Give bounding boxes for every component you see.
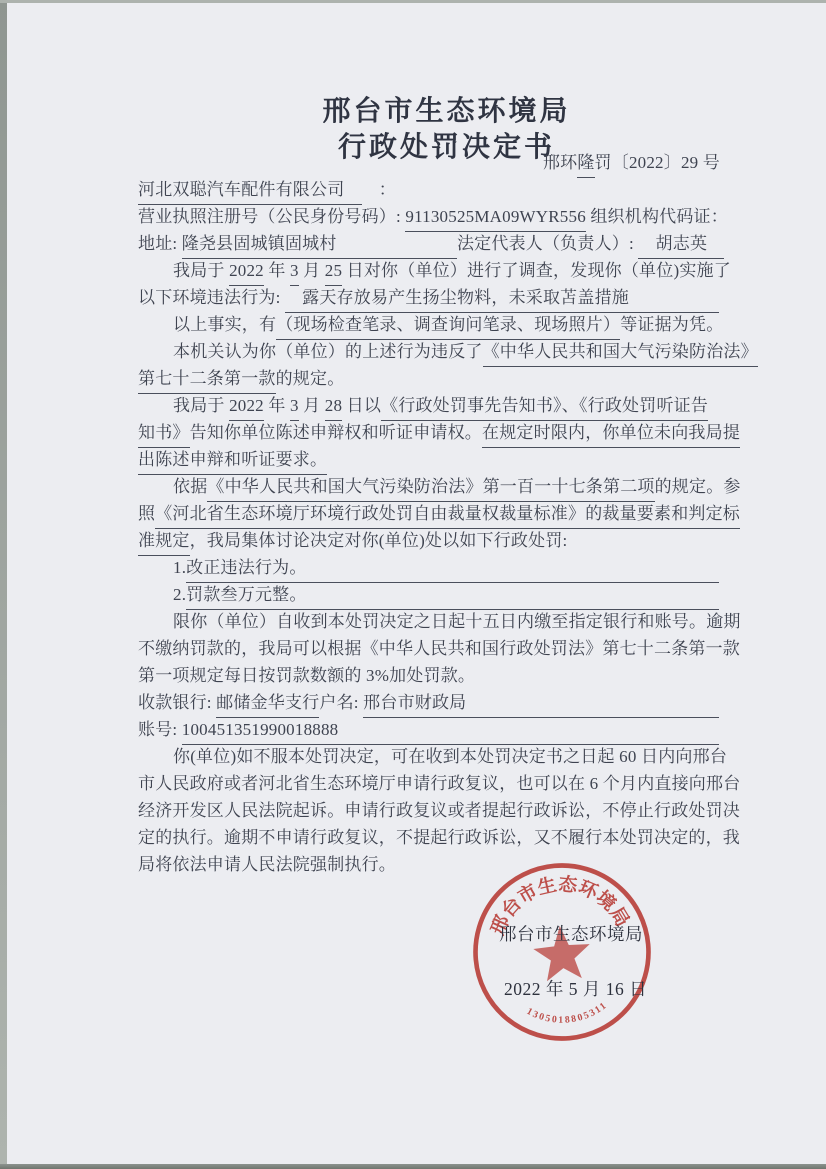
- filled-in-text: 知书》: [138, 420, 190, 448]
- filled-in-text: 100451351990018888: [182, 717, 339, 745]
- document-line: 邢环隆罚〔2022〕29 号: [138, 150, 755, 177]
- document-line: 出陈述申辩和听证要求。: [138, 447, 755, 474]
- blank-underline: [629, 285, 719, 313]
- document-line: 1.改正违法行为。: [138, 555, 755, 582]
- printed-text: 市人民政府或者河北省生态环境厅申请行政复议，也可以在 6 个月内直接向邢台: [138, 771, 740, 798]
- printed-text: 我局于: [173, 258, 229, 285]
- filled-in-text: 出陈述申辩和听证要求。: [138, 447, 327, 475]
- filled-in-text: 28: [325, 393, 342, 421]
- printed-text: 不缴纳罚款的，我局可以根据《中华人民共和国行政处罚法》第七十二条第一款: [138, 636, 740, 663]
- document-line: 定的执行。逾期不申请行政复议，不提起行政诉讼，又不履行本处罚决定的，我: [138, 825, 755, 852]
- printed-text: 以下环境违法行为:: [138, 285, 285, 312]
- printed-text: 日对你（单位）进行了调查，发现你（单位)实施了: [342, 258, 731, 285]
- printed-text: 等证据为凭。: [620, 312, 723, 339]
- filled-in-text: 改正违法行为。: [186, 555, 306, 583]
- printed-text: 限你（单位）自收到本处罚决定之日起十五日内缴至指定银行和账号。逾期: [173, 609, 741, 636]
- printed-text: 以上事实，有: [173, 312, 276, 339]
- filled-in-text: 准规定: [138, 528, 190, 556]
- filled-in-text: 隆: [577, 150, 594, 178]
- printed-text: 账号:: [138, 717, 182, 744]
- printed-text: 法定代表人（负责人）:: [457, 231, 638, 258]
- printed-text: 经济开发区人民法院起诉。申请行政复议或者提起行政诉讼，不停止行政处罚决: [138, 798, 740, 825]
- printed-text: 月: [299, 393, 325, 420]
- document-line: 限你（单位）自收到本处罚决定之日起十五日内缴至指定银行和账号。逾期: [138, 609, 755, 636]
- filled-in-text: 3: [290, 258, 299, 286]
- document-line: 你(单位)如不服本处罚决定，可在收到本处罚决定书之日起 60 日内向邢台: [138, 744, 755, 771]
- document-page: 邢台市生态环境局 行政处罚决定书 邢环隆罚〔2022〕29 号河北双聪汽车配件有…: [7, 2, 826, 1164]
- document-line: 依据《中华人民共和国大气污染防治法》第一百一十七条第二项的规定。参: [138, 474, 755, 501]
- printed-text: 第一项规定每日按罚款数额的 3%加处罚款。: [138, 663, 475, 690]
- svg-text:1305018805311: 1305018805311: [524, 999, 611, 1029]
- blank-underline: [307, 582, 719, 610]
- printed-text: 我局于: [173, 393, 229, 420]
- document-line: 第七十二条第一款的规定。: [138, 366, 755, 393]
- filled-in-text: 《中华人民共和国大气污染防治法》第一百一十七条第二项: [207, 474, 654, 502]
- printed-text: 营业执照注册号（公民身份号码）:: [138, 204, 405, 231]
- document-line: 地址: 隆尧县固城镇固城村 法定代表人（负责人）: 胡志英: [138, 231, 755, 258]
- filled-in-text: 25: [325, 258, 342, 286]
- printed-text: 你(单位)如不服本处罚决定，可在收到本处罚决定书之日起 60 日内向邢台: [173, 744, 727, 771]
- printed-text: 地址:: [138, 231, 182, 258]
- filled-in-text: 罚款叁万元整。: [186, 582, 306, 610]
- document-line: 准规定，我局集体讨论决定对你(单位)处以如下行政处罚:: [138, 528, 755, 555]
- filled-in-text: 河北双聪汽车配件有限公司: [138, 177, 362, 205]
- filled-in-text: 露天存放易产生扬尘物料，未采取苫盖措施: [285, 285, 629, 313]
- printed-text: 月: [299, 258, 325, 285]
- printed-text: 组织机构代码证：: [586, 204, 728, 231]
- filled-in-text: 隆尧县固城镇固城村: [182, 231, 457, 259]
- document-line: 第一项规定每日按罚款数额的 3%加处罚款。: [138, 663, 755, 690]
- printed-text: 罚〔2022〕29 号: [595, 150, 720, 177]
- blank-underline: [466, 690, 719, 718]
- printed-text: 日以: [342, 393, 381, 420]
- printed-text: ，我局集体讨论决定对你(单位)处以如下行政处罚:: [190, 528, 568, 555]
- filled-in-text: 《行政处罚事先告知书》、《行政处罚听证告: [381, 393, 708, 421]
- document-line: 我局于 2022 年 3 月 28 日以《行政处罚事先告知书》、《行政处罚听证告: [138, 393, 755, 420]
- document-line: 河北双聪汽车配件有限公司 ：: [138, 177, 755, 204]
- filled-in-text: 邮储金华支行: [216, 690, 319, 718]
- printed-text: 年: [264, 258, 290, 285]
- signature-agency: 邢台市生态环境局: [499, 921, 643, 946]
- scan-left-edge: [0, 0, 7, 1169]
- printed-text: 局将依法申请人民法院强制执行。: [138, 852, 396, 879]
- document-line: 以上事实，有（现场检查笔录、调查询问笔录、现场照片）等证据为凭。: [138, 312, 755, 339]
- document-line: 知书》告知你单位陈述申辩权和听证申请权。在规定时限内，你单位未向我局提: [138, 420, 755, 447]
- filled-in-text: 《中华人民共和国大气污染防治法》: [483, 339, 758, 367]
- filled-in-text: （现场检查笔录、调查询问笔录、现场照片）: [276, 312, 620, 340]
- document-line: 市人民政府或者河北省生态环境厅申请行政复议，也可以在 6 个月内直接向邢台: [138, 771, 755, 798]
- filled-in-text: 邢台市财政局: [363, 690, 466, 718]
- filled-in-text: 在规定时限内，你单位未向我局提: [482, 420, 740, 448]
- document-line: 收款银行: 邮储金华支行户名: 邢台市财政局: [138, 690, 755, 717]
- printed-text: 依据: [173, 474, 207, 501]
- document-line: 账号: 100451351990018888: [138, 717, 755, 744]
- seal-code-text: 1305018805311: [524, 999, 611, 1029]
- scan-bottom-edge: [0, 1164, 826, 1169]
- document-line: 本机关认为你（单位）的上述行为违反了《中华人民共和国大气污染防治法》: [138, 339, 755, 366]
- document-line: 局将依法申请人民法院强制执行。: [138, 852, 755, 879]
- signature-date: 2022 年 5 月 16 日: [504, 976, 647, 1001]
- filled-in-text: 91130525MA09WYR556: [405, 204, 586, 232]
- blank-underline: [307, 555, 719, 583]
- printed-text: 告知你单位陈述申辩权和听证申请权。: [190, 420, 482, 447]
- official-seal: 邢台市生态环境局 1305018805311: [461, 851, 663, 1053]
- issuing-agency-title: 邢台市生态环境局: [138, 94, 755, 130]
- printed-text: 年: [264, 393, 290, 420]
- document-line: 我局于 2022 年 3 月 25 日对你（单位）进行了调查，发现你（单位)实施…: [138, 258, 755, 285]
- scanned-document: 邢台市生态环境局 行政处罚决定书 邢环隆罚〔2022〕29 号河北双聪汽车配件有…: [0, 0, 826, 1169]
- printed-text: 本机关认为你（单位）的上述行为违反了: [173, 339, 483, 366]
- filled-in-text: 3: [290, 393, 299, 421]
- printed-text: 的规定。参: [655, 474, 741, 501]
- filled-in-text: 第七十二条第一款: [138, 366, 276, 394]
- filled-in-text: 《河北省生态环境厅环境行政处罚自由裁量权裁量标准》的裁量要素和判定标: [155, 501, 740, 529]
- printed-text: 定的执行。逾期不申请行政复议，不提起行政诉讼，又不履行本处罚决定的，我: [138, 825, 740, 852]
- document-line: 不缴纳罚款的，我局可以根据《中华人民共和国行政处罚法》第七十二条第一款: [138, 636, 755, 663]
- document-line: 营业执照注册号（公民身份号码）: 91130525MA09WYR556 组织机构…: [138, 204, 755, 231]
- document-body: 邢环隆罚〔2022〕29 号河北双聪汽车配件有限公司 ：营业执照注册号（公民身份…: [138, 150, 755, 879]
- document-line: 2.罚款叁万元整。: [138, 582, 755, 609]
- printed-text: 邢环: [543, 150, 577, 177]
- printed-text: 1.: [173, 555, 186, 582]
- document-line: 照《河北省生态环境厅环境行政处罚自由裁量权裁量标准》的裁量要素和判定标: [138, 501, 755, 528]
- filled-in-text: 胡志英: [638, 231, 724, 259]
- document-line: 经济开发区人民法院起诉。申请行政复议或者提起行政诉讼，不停止行政处罚决: [138, 798, 755, 825]
- filled-in-text: 2022: [229, 258, 264, 286]
- printed-text: 户名:: [319, 690, 363, 717]
- printed-text: 2.: [173, 582, 186, 609]
- blank-underline: [338, 717, 719, 745]
- printed-text: 的规定。: [276, 366, 345, 393]
- document-line: 以下环境违法行为: 露天存放易产生扬尘物料，未采取苫盖措施: [138, 285, 755, 312]
- scan-top-edge: [0, 0, 826, 3]
- filled-in-text: 2022: [229, 393, 264, 421]
- printed-text: 收款银行:: [138, 690, 216, 717]
- official-seal-graphic: 邢台市生态环境局 1305018805311: [461, 851, 663, 1053]
- printed-text: ：: [362, 177, 396, 204]
- printed-text: 照: [138, 501, 155, 528]
